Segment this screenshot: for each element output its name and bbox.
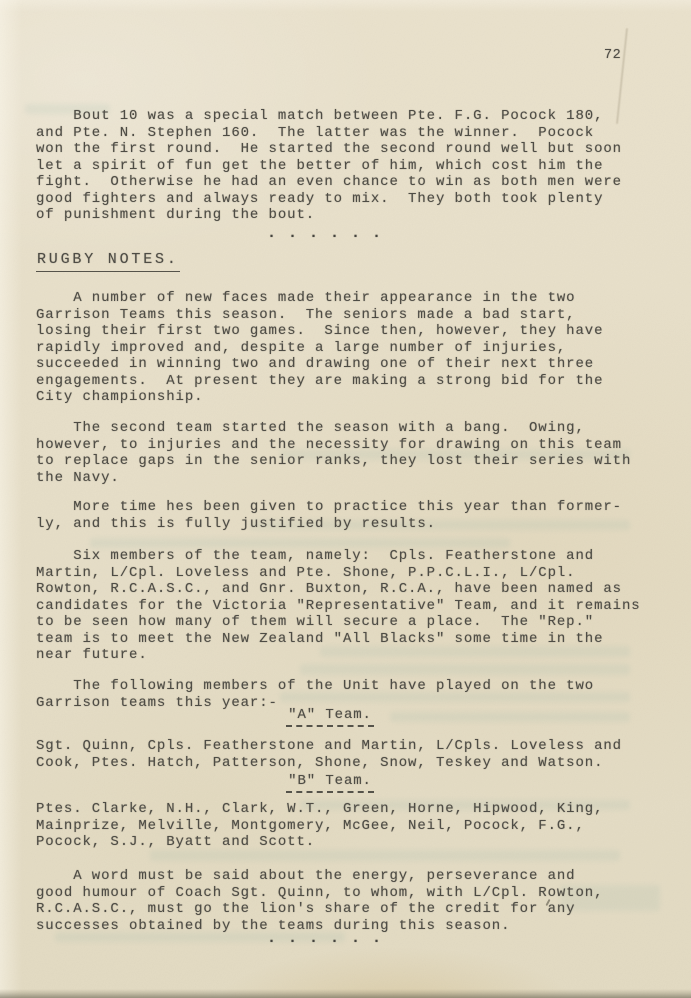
paragraph-coach-credit: A word must be said about the energy, pe… (36, 868, 656, 934)
page-edge-highlight-left (0, 0, 26, 998)
bleed-through-mark (150, 850, 620, 861)
document-page: 72 Bout 10 was a special match between P… (0, 0, 691, 998)
team-a-heading: "A" Team. (36, 707, 624, 727)
rugby-notes-heading: RUGBY NOTES. (36, 252, 656, 272)
rugby-notes-heading-text: RUGBY NOTES. (36, 252, 180, 272)
bleed-through-mark (300, 664, 630, 675)
team-b-members: Ptes. Clarke, N.H., Clark, W.T., Green, … (36, 801, 656, 851)
dots-separator-top: ...... (36, 226, 624, 243)
page-edge-shadow-bottom (0, 989, 691, 998)
team-b-heading-text: "B" Team. (286, 773, 374, 793)
team-a-members: Sgt. Quinn, Cpls. Featherstone and Marti… (36, 738, 656, 771)
boxing-paragraph: Bout 10 was a special match between Pte.… (36, 108, 656, 224)
team-b-heading: "B" Team. (36, 773, 624, 793)
paragraph-practice: More time hes been given to practice thi… (36, 499, 656, 532)
page-edge-highlight-top (0, 0, 691, 12)
team-a-heading-text: "A" Team. (286, 707, 374, 727)
paragraph-new-faces: A number of new faces made their appeara… (36, 290, 656, 406)
page-number: 72 (604, 48, 664, 65)
dots-separator-bottom: ...... (36, 931, 624, 948)
paragraph-second-team: The second team started the season with … (36, 420, 656, 486)
paragraph-six-members: Six members of the team, namely: Cpls. F… (36, 548, 656, 664)
bleed-through-mark (90, 538, 510, 548)
